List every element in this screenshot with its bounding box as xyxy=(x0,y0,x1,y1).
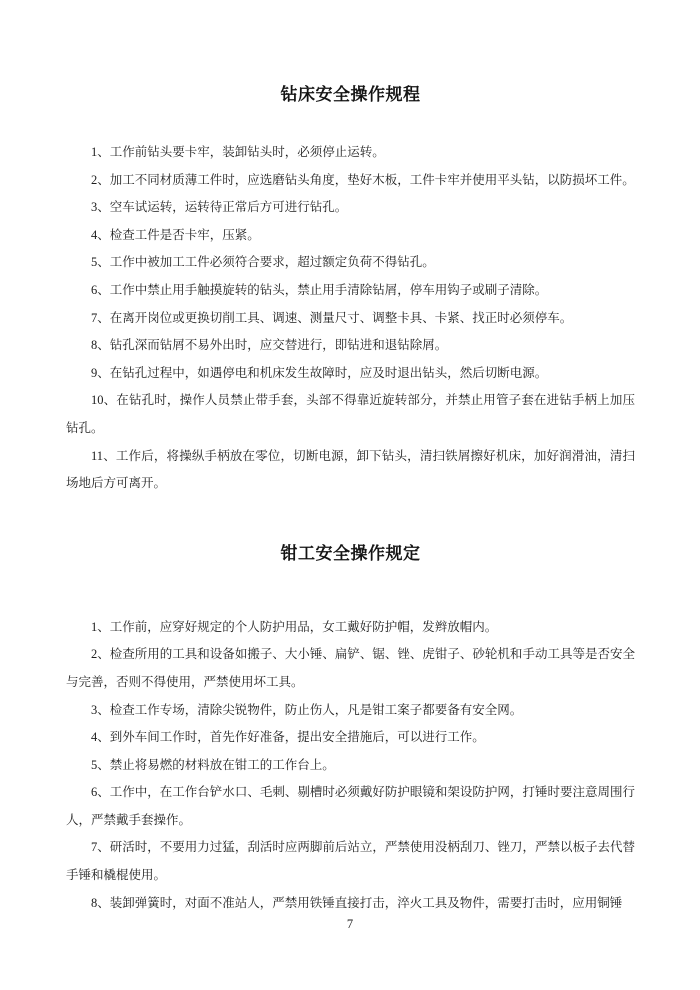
list-item: 5、禁止将易燃的材料放在钳工的工作台上。 xyxy=(66,752,635,780)
list-item: 8、钻孔深而钻屑不易外出时，应交替进行，即钻进和退钻除屑。 xyxy=(66,332,635,360)
list-item: 2、加工不同材质薄工件时，应选磨钻头角度，垫好木板，工件卡牢并使用平头钻，以防损… xyxy=(66,167,635,195)
list-item: 5、工作中被加工工件必须符合要求，超过额定负荷不得钻孔。 xyxy=(66,249,635,277)
list-item: 1、工作前钻头要卡牢，装卸钻头时，必须停止运转。 xyxy=(66,139,635,167)
section-title-fitter: 钳工安全操作规定 xyxy=(66,543,635,564)
list-item: 6、工作中，在工作台铲水口、毛刺、剔槽时必须戴好防护眼镜和架设防护网，打锤时要注… xyxy=(66,779,635,834)
section-body-drilling-machine: 1、工作前钻头要卡牢，装卸钻头时，必须停止运转。 2、加工不同材质薄工件时，应选… xyxy=(66,139,635,498)
list-item: 4、检查工件是否卡牢，压紧。 xyxy=(66,222,635,250)
section-title-drilling-machine: 钻床安全操作规程 xyxy=(66,84,635,105)
document-page: 钻床安全操作规程 1、工作前钻头要卡牢，装卸钻头时，必须停止运转。 2、加工不同… xyxy=(0,0,700,990)
list-item: 2、检查所用的工具和设备如搬子、大小锤、扁铲、锯、锉、虎钳子、砂轮机和手动工具等… xyxy=(66,641,635,696)
list-item: 3、检查工作专场，清除尖锐物件，防止伤人，凡是钳工案子都要备有安全网。 xyxy=(66,697,635,725)
list-item: 11、工作后，将操纵手柄放在零位，切断电源，卸下钻头，清扫铁屑擦好机床，加好润滑… xyxy=(66,443,635,498)
list-item: 10、在钻孔时，操作人员禁止带手套，头部不得靠近旋转部分，并禁止用管子套在进钻手… xyxy=(66,387,635,442)
list-item: 6、工作中禁止用手触摸旋转的钻头，禁止用手清除钻屑，停车用钩子或刷子清除。 xyxy=(66,277,635,305)
list-item: 9、在钻孔过程中，如遇停电和机床发生故障时，应及时退出钻头，然后切断电源。 xyxy=(66,360,635,388)
page-number: 7 xyxy=(0,916,700,932)
list-item: 1、工作前，应穿好规定的个人防护用品，女工戴好防护帽，发辫放帽内。 xyxy=(66,614,635,642)
list-item: 8、装卸弹簧时，对面不准站人，严禁用铁锤直接打击，淬火工具及物件，需要打击时，应… xyxy=(66,890,635,918)
list-item: 3、空车试运转，运转待正常后方可进行钻孔。 xyxy=(66,194,635,222)
section-body-fitter: 1、工作前，应穿好规定的个人防护用品，女工戴好防护帽，发辫放帽内。 2、检查所用… xyxy=(66,614,635,918)
list-item: 4、到外车间工作时，首先作好准备，提出安全措施后，可以进行工作。 xyxy=(66,724,635,752)
list-item: 7、研活时，不要用力过猛，刮活时应两脚前后站立，严禁使用没柄刮刀、锉刀，严禁以板… xyxy=(66,834,635,889)
list-item: 7、在离开岗位或更换切削工具、调速、测量尺寸、调整卡具、卡紧、找正时必须停车。 xyxy=(66,305,635,333)
